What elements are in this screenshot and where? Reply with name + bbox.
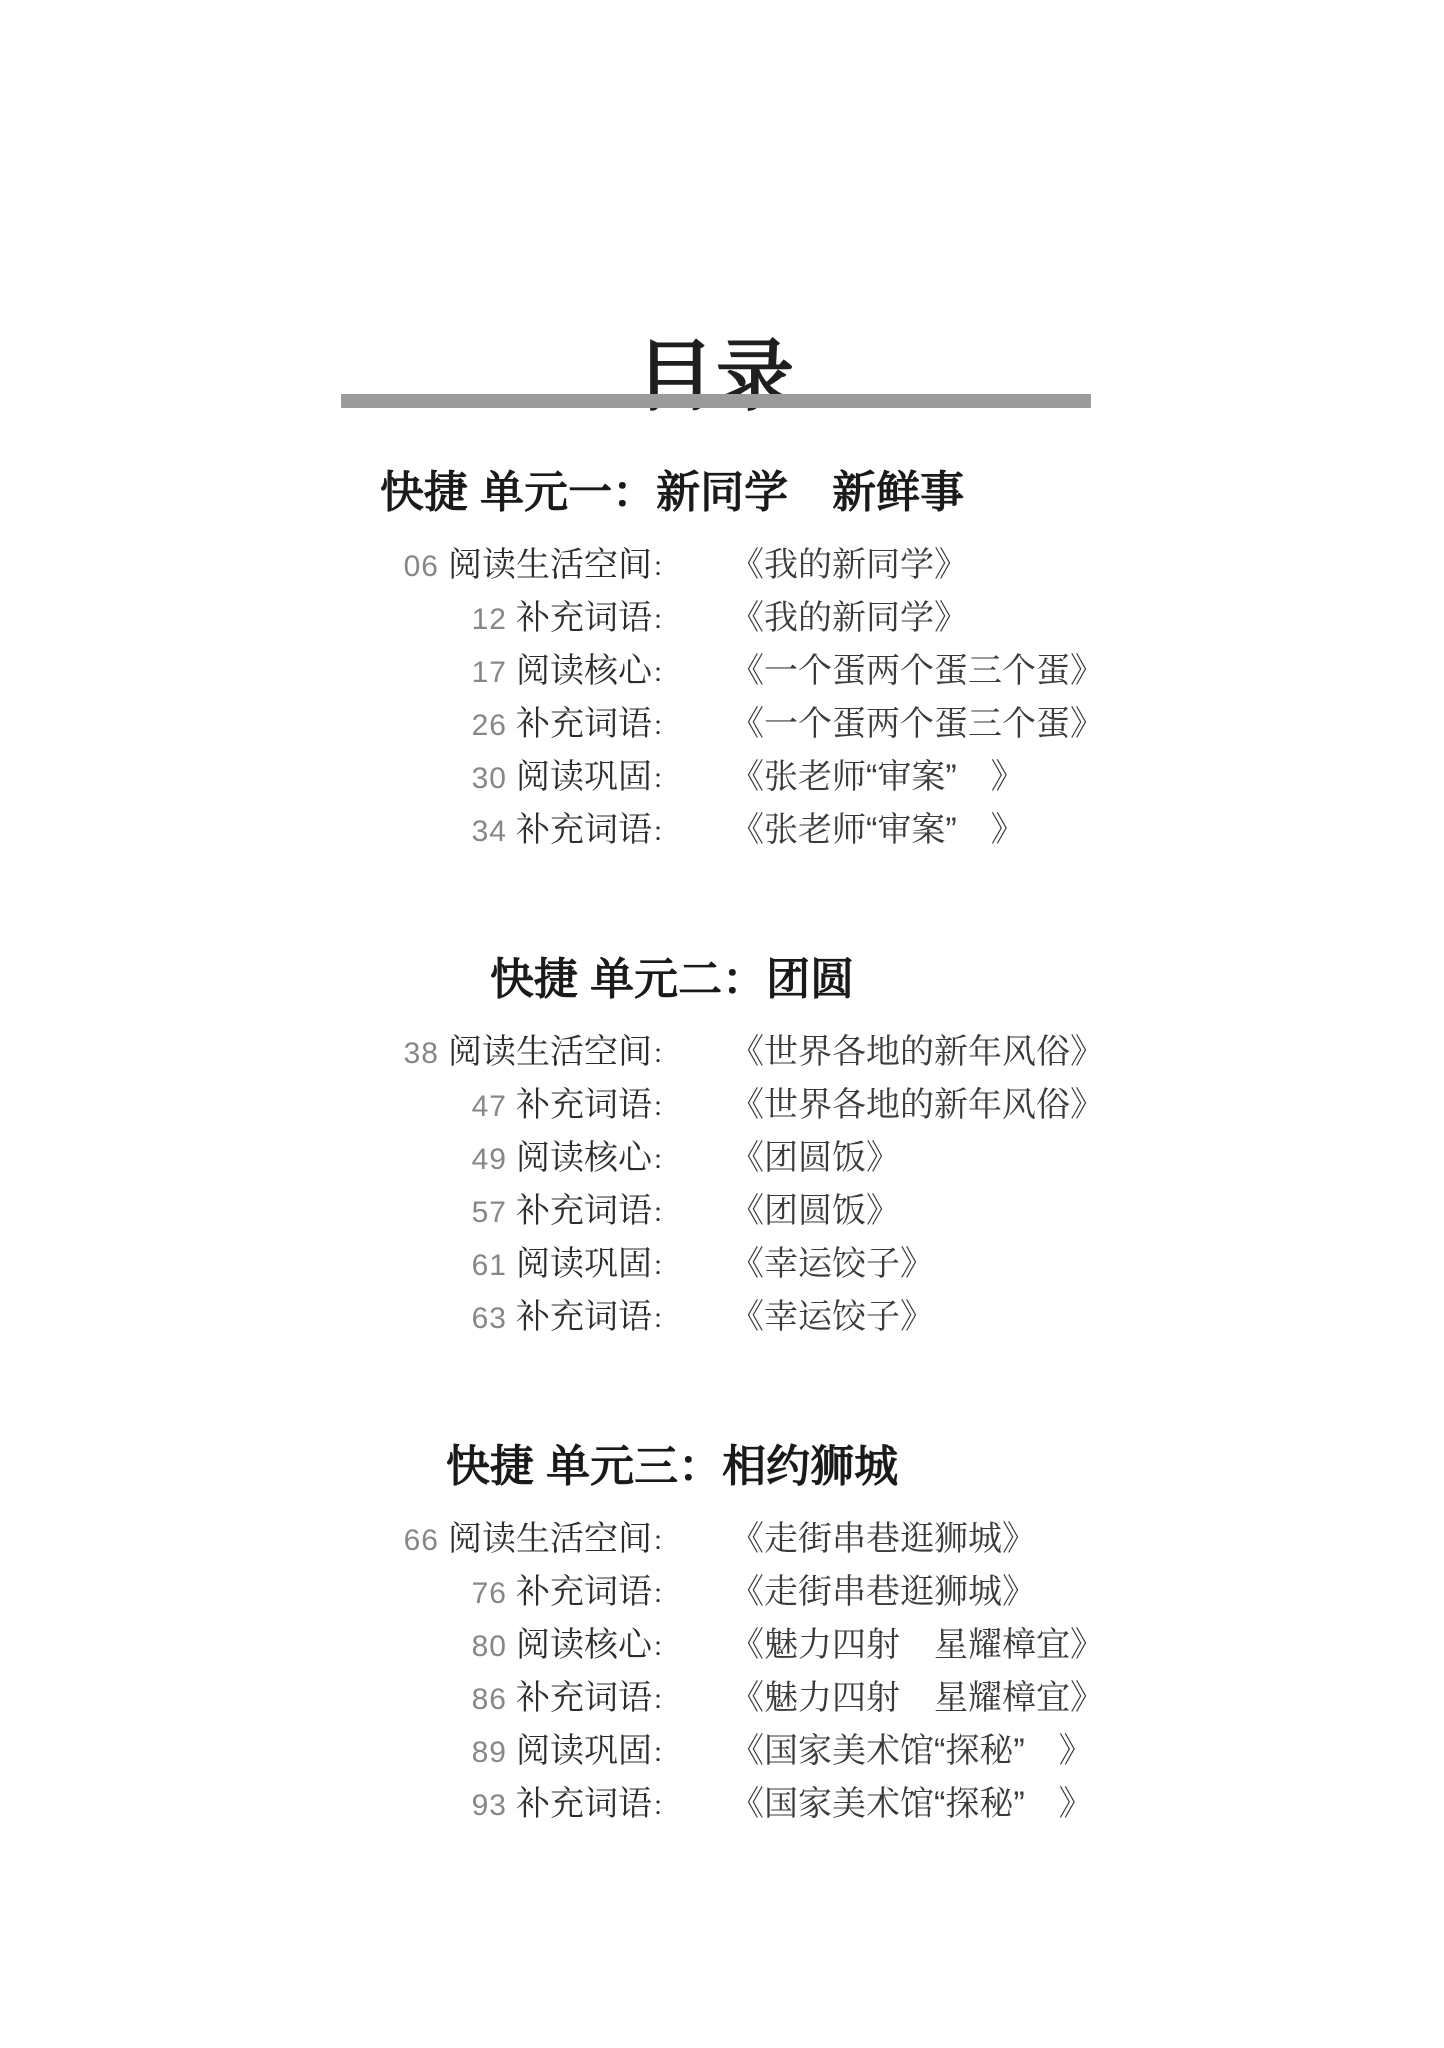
entry-page-number: 06 [404, 550, 439, 583]
entry-page-number: 38 [404, 1037, 439, 1070]
entry-left-column: 26补充词语： [240, 707, 678, 748]
entry-page-number: 76 [472, 1577, 507, 1610]
toc-section-1: 快捷 单元一：新同学 新鲜事06阅读生活空间：《我的新同学》12补充词语：《我的… [240, 470, 1104, 866]
entry-book-title: 《张老师“审案” 》 [730, 813, 1025, 847]
section-heading: 快捷 单元一：新同学 新鲜事 [240, 470, 1104, 515]
toc-entry: 30阅读巩固：《张老师“审案” 》 [240, 760, 1104, 794]
entry-book-title: 《魅力四射 星耀樟宜》 [730, 1681, 1104, 1715]
entry-left-column: 61阅读巩固： [240, 1247, 678, 1288]
entry-page-number: 34 [472, 815, 507, 848]
toc-entry: 76补充词语：《走街串巷逛狮城》 [240, 1575, 1104, 1609]
entry-left-column: 34补充词语： [240, 813, 678, 854]
entry-colon: ： [652, 1632, 678, 1662]
entry-category-label: 阅读核心 [516, 652, 652, 690]
toc-entry: 80阅读核心：《魅力四射 星耀樟宜》 [240, 1628, 1104, 1662]
entry-category-label: 补充词语 [516, 1298, 652, 1336]
entry-left-column: 30阅读巩固： [240, 760, 678, 801]
entry-book-title: 《幸运饺子》 [730, 1247, 934, 1281]
entry-colon: ： [652, 764, 678, 794]
entry-category-label: 阅读核心 [516, 1626, 652, 1664]
toc-entry: 63补充词语：《幸运饺子》 [240, 1300, 1104, 1334]
entry-colon: ： [652, 1145, 678, 1175]
entry-category-label: 阅读生活空间 [448, 1033, 652, 1071]
entry-left-column: 66阅读生活空间： [240, 1522, 678, 1563]
entry-category-label: 补充词语 [516, 1679, 652, 1717]
entry-book-title: 《国家美术馆“探秘” 》 [730, 1734, 1093, 1768]
toc-entry: 38阅读生活空间：《世界各地的新年风俗》 [240, 1035, 1104, 1069]
toc-entry: 66阅读生活空间：《走街串巷逛狮城》 [240, 1522, 1104, 1556]
entry-colon: ： [652, 1685, 678, 1715]
entry-book-title: 《走街串巷逛狮城》 [730, 1522, 1036, 1556]
toc-entry: 06阅读生活空间：《我的新同学》 [240, 548, 1104, 582]
entry-colon: ： [652, 711, 678, 741]
entry-colon: ： [652, 1526, 678, 1556]
entry-book-title: 《幸运饺子》 [730, 1300, 934, 1334]
entry-category-label: 补充词语 [516, 1192, 652, 1230]
entry-page-number: 30 [472, 762, 507, 795]
entry-category-label: 阅读巩固 [516, 1732, 652, 1770]
entry-category-label: 补充词语 [516, 811, 652, 849]
entry-page-number: 80 [472, 1630, 507, 1663]
entry-category-label: 阅读巩固 [516, 1245, 652, 1283]
entry-book-title: 《世界各地的新年风俗》 [730, 1088, 1104, 1122]
entry-category-label: 补充词语 [516, 1785, 652, 1823]
section-heading: 快捷 单元三：相约狮城 [240, 1444, 1104, 1489]
entry-page-number: 26 [472, 709, 507, 742]
entry-left-column: 38阅读生活空间： [240, 1035, 678, 1076]
entry-colon: ： [652, 1738, 678, 1768]
title-divider [341, 394, 1091, 408]
entry-category-label: 阅读核心 [516, 1139, 652, 1177]
entry-page-number: 47 [472, 1090, 507, 1123]
toc-entry: 49阅读核心：《团圆饭》 [240, 1141, 1104, 1175]
toc-entry: 47补充词语：《世界各地的新年风俗》 [240, 1088, 1104, 1122]
entry-colon: ： [652, 552, 678, 582]
entry-category-label: 补充词语 [516, 705, 652, 743]
entry-colon: ： [652, 1039, 678, 1069]
toc-entry: 89阅读巩固：《国家美术馆“探秘” 》 [240, 1734, 1104, 1768]
toc-entry: 34补充词语：《张老师“审案” 》 [240, 813, 1104, 847]
entry-left-column: 12补充词语： [240, 601, 678, 642]
toc-entry: 93补充词语：《国家美术馆“探秘” 》 [240, 1787, 1104, 1821]
entry-left-column: 06阅读生活空间： [240, 548, 678, 589]
entry-book-title: 《一个蛋两个蛋三个蛋》 [730, 707, 1104, 741]
entry-book-title: 《一个蛋两个蛋三个蛋》 [730, 654, 1104, 688]
entry-colon: ： [652, 1198, 678, 1228]
toc-section-3: 快捷 单元三：相约狮城66阅读生活空间：《走街串巷逛狮城》76补充词语：《走街串… [240, 1444, 1104, 1840]
entry-book-title: 《团圆饭》 [730, 1141, 900, 1175]
toc-entry: 26补充词语：《一个蛋两个蛋三个蛋》 [240, 707, 1104, 741]
entry-page-number: 93 [472, 1789, 507, 1822]
entry-category-label: 阅读巩固 [516, 758, 652, 796]
toc-section-2: 快捷 单元二：团圆38阅读生活空间：《世界各地的新年风俗》47补充词语：《世界各… [240, 957, 1104, 1353]
toc-entry: 61阅读巩固：《幸运饺子》 [240, 1247, 1104, 1281]
entry-book-title: 《国家美术馆“探秘” 》 [730, 1787, 1093, 1821]
entry-left-column: 57补充词语： [240, 1194, 678, 1235]
entry-colon: ： [652, 1092, 678, 1122]
toc-entry: 12补充词语：《我的新同学》 [240, 601, 1104, 635]
entry-colon: ： [652, 1304, 678, 1334]
entry-category-label: 阅读生活空间 [448, 1520, 652, 1558]
entry-left-column: 86补充词语： [240, 1681, 678, 1722]
entry-colon: ： [652, 658, 678, 688]
entry-colon: ： [652, 605, 678, 635]
entry-book-title: 《张老师“审案” 》 [730, 760, 1025, 794]
entry-left-column: 80阅读核心： [240, 1628, 678, 1669]
entry-book-title: 《我的新同学》 [730, 601, 968, 635]
toc-entry: 57补充词语：《团圆饭》 [240, 1194, 1104, 1228]
entry-page-number: 63 [472, 1302, 507, 1335]
entry-book-title: 《魅力四射 星耀樟宜》 [730, 1628, 1104, 1662]
entry-page-number: 12 [472, 603, 507, 636]
entry-category-label: 补充词语 [516, 599, 652, 637]
entry-left-column: 17阅读核心： [240, 654, 678, 695]
entry-colon: ： [652, 1251, 678, 1281]
entry-left-column: 47补充词语： [240, 1088, 678, 1129]
entry-book-title: 《世界各地的新年风俗》 [730, 1035, 1104, 1069]
entry-left-column: 49阅读核心： [240, 1141, 678, 1182]
section-heading: 快捷 单元二：团圆 [240, 957, 1104, 1002]
entry-page-number: 57 [472, 1196, 507, 1229]
entry-page-number: 66 [404, 1524, 439, 1557]
entry-colon: ： [652, 817, 678, 847]
entry-page-number: 89 [472, 1736, 507, 1769]
entry-left-column: 76补充词语： [240, 1575, 678, 1616]
entry-colon: ： [652, 1791, 678, 1821]
entry-book-title: 《我的新同学》 [730, 548, 968, 582]
entry-category-label: 补充词语 [516, 1573, 652, 1611]
toc-entry: 17阅读核心：《一个蛋两个蛋三个蛋》 [240, 654, 1104, 688]
toc-entry: 86补充词语：《魅力四射 星耀樟宜》 [240, 1681, 1104, 1715]
entry-book-title: 《走街串巷逛狮城》 [730, 1575, 1036, 1609]
entry-page-number: 86 [472, 1683, 507, 1716]
entry-category-label: 阅读生活空间 [448, 546, 652, 584]
entry-left-column: 93补充词语： [240, 1787, 678, 1828]
entry-page-number: 49 [472, 1143, 507, 1176]
entry-left-column: 89阅读巩固： [240, 1734, 678, 1775]
entry-book-title: 《团圆饭》 [730, 1194, 900, 1228]
entry-page-number: 17 [472, 656, 507, 689]
entry-left-column: 63补充词语： [240, 1300, 678, 1341]
entry-page-number: 61 [472, 1249, 507, 1282]
entry-colon: ： [652, 1579, 678, 1609]
entry-category-label: 补充词语 [516, 1086, 652, 1124]
